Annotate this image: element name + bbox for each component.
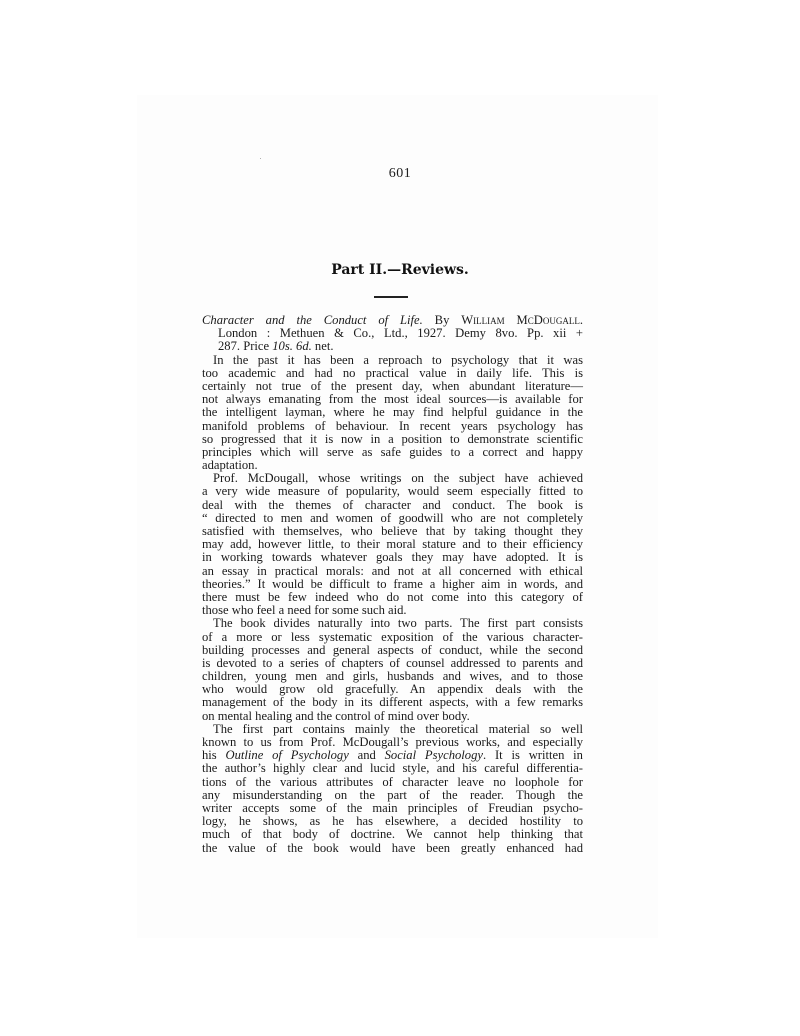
- text-line: an essay in practical morals: and not at…: [202, 565, 583, 578]
- text-line: building processes and general aspects o…: [202, 644, 583, 657]
- by-label: By: [435, 313, 450, 327]
- text-line: the value of the book would have been gr…: [202, 842, 583, 855]
- paragraph-first-line: In the past it has been a reproach to ps…: [202, 354, 583, 367]
- author-name: William McDougall.: [461, 313, 583, 327]
- paragraph-first-line: The book divides naturally into two part…: [202, 617, 583, 630]
- book-reference-title: Outline of Psychology: [226, 748, 349, 762]
- book-title: Character and the Conduct of Life.: [202, 313, 423, 327]
- text-line: of a more or less systematic exposition …: [202, 631, 583, 644]
- price-shillings: 10s.: [272, 339, 293, 353]
- text-line: manifold problems of behaviour. In recen…: [202, 420, 583, 433]
- page-number: 601: [0, 166, 800, 182]
- book-reference-title: Social Psychology: [385, 748, 483, 762]
- text-line: in working towards whatever goals they m…: [202, 551, 583, 564]
- text-line: theories.” It would be difficult to fram…: [202, 578, 583, 591]
- text-line: much of that body of doctrine. We cannot…: [202, 828, 583, 841]
- text-line: so progressed that it is now in a positi…: [202, 433, 583, 446]
- section-title: Part II.—Reviews.: [0, 262, 800, 278]
- title-rule-divider: [374, 296, 408, 298]
- scan-speck: [260, 158, 261, 159]
- text-line: a very wide measure of popularity, would…: [202, 485, 583, 498]
- text-line: any misunderstanding on the part of the …: [202, 789, 583, 802]
- text-line: the intelligent layman, where he may fin…: [202, 406, 583, 419]
- text-line: tions of the various attributes of chara…: [202, 776, 583, 789]
- text-line: too academic and had no practical value …: [202, 367, 583, 380]
- text-line: on mental healing and the control of min…: [202, 710, 583, 723]
- text-line: the author’s highly clear and lucid styl…: [202, 762, 583, 775]
- text-line: deal with the themes of character and co…: [202, 499, 583, 512]
- price-pence: 6d.: [296, 339, 312, 353]
- review-citation: Character and the Conduct of Life. By Wi…: [202, 314, 583, 354]
- price-prefix: 287. Price: [218, 339, 272, 353]
- text-line: management of the body in its different …: [202, 696, 583, 709]
- citation-line-3: 287. Price 10s. 6d. net.: [202, 340, 583, 353]
- price-suffix: net.: [312, 339, 334, 353]
- text-line: principles which will serve as safe guid…: [202, 446, 583, 459]
- review-paragraphs: In the past it has been a reproach to ps…: [202, 354, 583, 855]
- review-body: Character and the Conduct of Life. By Wi…: [202, 314, 583, 855]
